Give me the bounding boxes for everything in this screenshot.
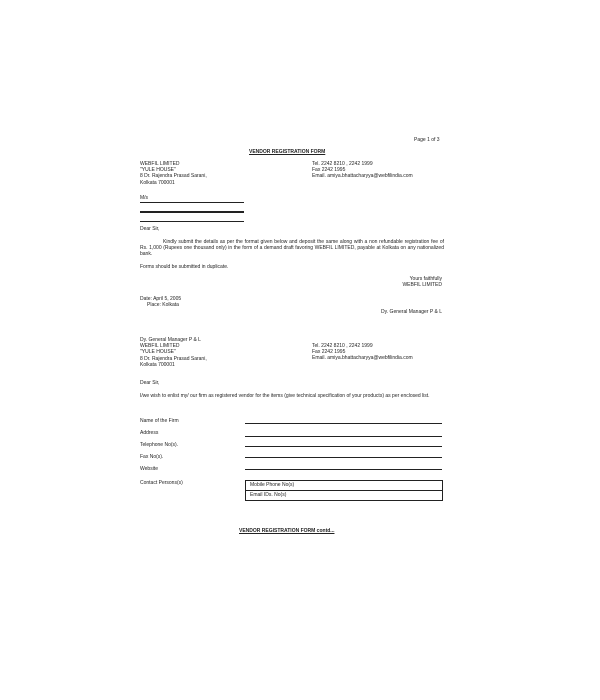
reply-contact: Tel. 2242 8210 , 2242 1999 Fax 2242 1995… — [312, 343, 413, 362]
email-label: Email IDs. No(s) — [250, 492, 286, 498]
field-address[interactable] — [245, 436, 442, 437]
closing-company: WEBFIL LIMITED — [402, 282, 442, 288]
form-title: VENDOR REGISTRATION FORM — [249, 149, 325, 155]
reply-company-city: Kolkata 700001 — [140, 362, 207, 368]
reply-address: Dy. General Manager P & L WEBFIL LIMITED… — [140, 337, 207, 368]
company-email: Email. amiya.bhattacharyya@webfilindia.c… — [312, 173, 413, 179]
field-website[interactable] — [245, 469, 442, 470]
contact-row-mobile[interactable]: Mobile Phone No(s) — [246, 481, 442, 491]
reply-email: Email. amiya.bhattacharyya@webfilindia.c… — [312, 355, 413, 361]
letter-body: Kindly submit the details as per the for… — [140, 239, 444, 258]
signatory: Dy. General Manager P & L — [381, 309, 442, 315]
continued-title: VENDOR REGISTRATION FORM contd... — [239, 528, 334, 534]
field-label-fax: Fax No(s). — [140, 454, 163, 460]
closing: Yours faithfully WEBFIL LIMITED — [402, 276, 442, 288]
page-number: Page 1 of 3 — [414, 137, 440, 143]
field-firm-name[interactable] — [245, 423, 442, 424]
field-fax[interactable] — [245, 457, 442, 458]
reply-company-street: 8 Dr. Rajendra Prasad Sarani, — [140, 356, 207, 362]
company-city: Kolkata 700001 — [140, 180, 207, 186]
salutation: Dear Sir, — [140, 226, 159, 232]
field-label-telephone: Telephone No(s). — [140, 442, 178, 448]
place: Place: Kolkata — [147, 302, 179, 308]
field-label-address: Address — [140, 430, 158, 436]
to-label: M/s — [140, 195, 148, 201]
contact-box: Mobile Phone No(s) Email IDs. No(s) — [245, 480, 443, 501]
contact-row-email[interactable]: Email IDs. No(s) — [246, 491, 442, 500]
to-line-1 — [140, 202, 244, 203]
duplicate-note: Forms should be submitted in duplicate. — [140, 264, 228, 270]
reply-body: I/we wish to enlist my/ our firm as regi… — [140, 393, 440, 399]
company-street: 8 Dr. Rajendra Prasad Sarani, — [140, 173, 207, 179]
to-line-3 — [140, 221, 244, 222]
field-label-firm-name: Name of the Firm — [140, 418, 179, 424]
company-address: WEBFIL LIMITED "YULE HOUSE" 8 Dr. Rajend… — [140, 161, 207, 186]
mobile-label: Mobile Phone No(s) — [250, 482, 294, 488]
field-label-contact: Contact Persons(s) — [140, 480, 183, 486]
company-contact: Tel. 2242 8210 , 2242 1999 Fax 2242 1995… — [312, 161, 413, 180]
field-label-website: Website — [140, 466, 158, 472]
reply-salutation: Dear Sir, — [140, 380, 159, 386]
field-telephone[interactable] — [245, 446, 442, 447]
to-line-2 — [140, 211, 244, 213]
